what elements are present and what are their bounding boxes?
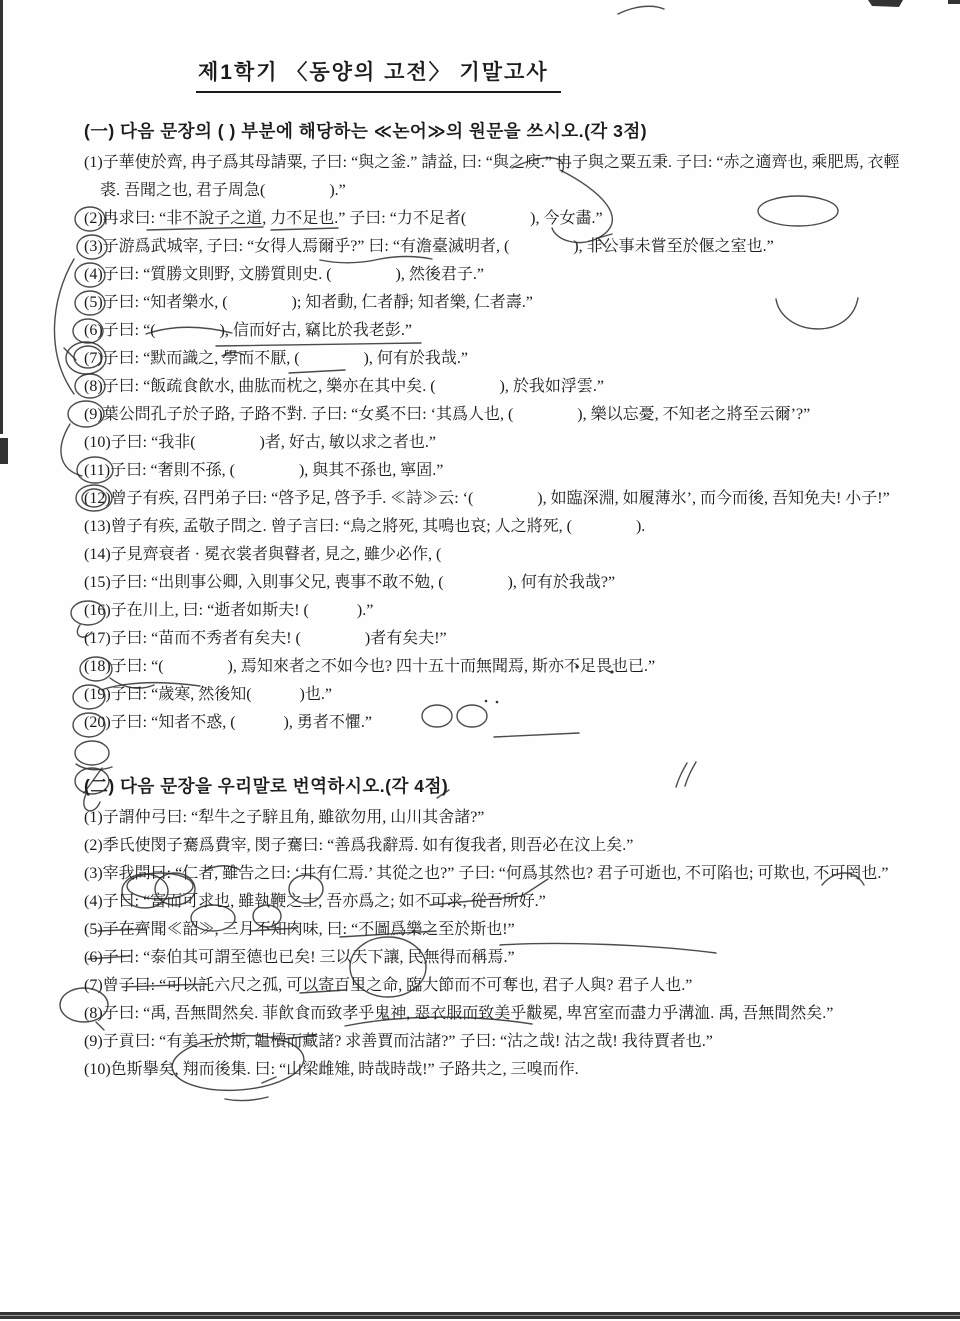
question-number: (3) (84, 238, 103, 255)
question-text: 子謂仲弓曰: “犁牛之子騂且角, 雖欲勿用, 山川其舍諸?” (103, 809, 485, 826)
page-title: 제1학기 〈동양의 고전〉 기말고사 (196, 56, 561, 93)
question-text: 子在川上, 曰: “逝者如斯夫! ( ).” (111, 602, 374, 619)
question-number: (10) (84, 1061, 111, 1078)
question-text: 子曰: “出則事公卿, 入則事父兄, 喪事不敢不勉, ( ), 何有於我哉?” (111, 574, 615, 591)
s1-q7: (7)子曰: “默而識之, 學而不厭, ( ), 何有於我哉.” (84, 345, 908, 373)
s1-q17: (17)子曰: “苗而不秀者有矣夫! ( )者有矣夫!” (84, 625, 908, 653)
s1-q15: (15)子曰: “出則事公卿, 入則事父兄, 喪事不敢不勉, ( ), 何有於我… (84, 569, 908, 597)
s1-q13: (13)曾子有疾, 孟敬子問之. 曾子言曰: “鳥之將死, 其鳴也哀; 人之將死… (84, 513, 908, 541)
s1-q19: (19)子曰: “歲寒, 然後知( )也.” (84, 681, 908, 709)
s2-q5: (5)子在齊聞≪韶≫, 三月不知肉味, 曰: “不圖爲樂之至於斯也!” (84, 916, 908, 944)
s1-q2: (2)冉求曰: “非不說子之道, 力不足也.” 子曰: “力不足者( ), 今女… (84, 205, 908, 233)
question-number: (1) (84, 154, 103, 171)
question-number: (5) (84, 294, 103, 311)
s2-q4: (4)子曰: “富而可求也, 雖執鞭之士, 吾亦爲之; 如不可求, 從吾所好.” (84, 888, 908, 916)
question-text: 子曰: “富而可求也, 雖執鞭之士, 吾亦爲之; 如不可求, 從吾所好.” (103, 893, 546, 910)
s2-q3: (3)宰我問曰: “仁者, 雖告之曰: ‘井有仁焉.’ 其從之也?” 子曰: “… (84, 860, 908, 888)
s2-q1: (1)子謂仲弓曰: “犁牛之子騂且角, 雖欲勿用, 山川其舍諸?” (84, 804, 908, 832)
s1-q11: (11)子曰: “奢則不孫, ( ), 與其不孫也, 寧固.” (84, 457, 908, 485)
question-text: 子曰: “( ), 信而好古, 竊比於我老彭.” (103, 322, 412, 339)
question-text: 曾子曰: “可以託六尺之孤, 可以寄百里之命, 臨大節而不可奪也, 君子人與? … (103, 977, 693, 994)
section1-question-list: (1)子華使於齊, 冉子爲其母請粟, 子曰: “與之釜.” 請益, 曰: “與之… (84, 149, 908, 737)
s1-q18: (18)子曰: “( ), 焉知來者之不如今也? 四十五十而無聞焉, 斯亦不足畏… (84, 653, 908, 681)
s2-q8: (8)子曰: “禹, 吾無間然矣. 菲飮食而致孝乎鬼神, 惡衣服而致美乎黻冕, … (84, 1000, 908, 1028)
s1-q6: (6)子曰: “( ), 信而好古, 竊比於我老彭.” (84, 317, 908, 345)
question-number: (13) (84, 518, 111, 535)
s1-q9: (9)葉公問孔子於子路, 子路不對. 子曰: “女奚不曰: ‘其爲人也, ( )… (84, 401, 908, 429)
question-text: 子游爲武城宰, 子曰: “女得人焉爾乎?” 曰: “有澹臺滅明者, ( ), 非… (103, 238, 774, 255)
s1-q5: (5)子曰: “知者樂水, ( ); 知者動, 仁者靜; 知者樂, 仁者壽.” (84, 289, 908, 317)
question-number: (1) (84, 809, 103, 826)
question-number: (14) (84, 546, 111, 563)
question-text: 曾子有疾, 召門弟子曰: “啓予足, 啓予手. ≪詩≫云: ‘( ), 如臨深淵… (111, 490, 890, 507)
exam-content: 제1학기 〈동양의 고전〉 기말고사 (一) 다음 문장의 ( ) 부분에 해당… (84, 56, 908, 1084)
s2-q7: (7)曾子曰: “可以託六尺之孤, 可以寄百里之命, 臨大節而不可奪也, 君子人… (84, 972, 908, 1000)
s1-q12: (12)曾子有疾, 召門弟子曰: “啓予足, 啓予手. ≪詩≫云: ‘( ), … (84, 485, 908, 513)
question-number: (16) (84, 602, 111, 619)
section1-heading: (一) 다음 문장의 ( ) 부분에 해당하는 ≪논어≫의 원문을 쓰시오.(각… (84, 118, 908, 143)
s1-q16: (16)子在川上, 曰: “逝者如斯夫! ( ).” (84, 597, 908, 625)
s1-q20: (20)子曰: “知者不惑, ( ), 勇者不懼.” (84, 709, 908, 737)
question-text: 曾子有疾, 孟敬子問之. 曾子言曰: “鳥之將死, 其鳴也哀; 人之將死, ( … (111, 518, 646, 535)
question-text: 子曰: “知者不惑, ( ), 勇者不懼.” (111, 714, 372, 731)
question-text: 子在齊聞≪韶≫, 三月不知肉味, 曰: “不圖爲樂之至於斯也!” (103, 921, 515, 938)
s2-q6: (6)子曰: “泰伯其可謂至德也已矣! 三以天下讓, 民無得而稱焉.” (84, 944, 908, 972)
s1-q8: (8)子曰: “飯疏食飮水, 曲肱而枕之, 樂亦在其中矣. ( ), 於我如浮雲… (84, 373, 908, 401)
question-number: (9) (84, 1033, 103, 1050)
question-text: 子曰: “飯疏食飮水, 曲肱而枕之, 樂亦在其中矣. ( ), 於我如浮雲.” (103, 378, 604, 395)
question-number: (18) (84, 658, 111, 675)
question-number: (20) (84, 714, 111, 731)
question-number: (6) (84, 949, 103, 966)
question-text: 冉求曰: “非不說子之道, 力不足也.” 子曰: “力不足者( ), 今女畵.” (103, 210, 603, 227)
question-number: (3) (84, 865, 103, 882)
s1-q1: (1)子華使於齊, 冉子爲其母請粟, 子曰: “與之釜.” 請益, 曰: “與之… (84, 149, 908, 205)
s1-q3: (3)子游爲武城宰, 子曰: “女得人焉爾乎?” 曰: “有澹臺滅明者, ( )… (84, 233, 908, 261)
question-number: (8) (84, 1005, 103, 1022)
question-number: (8) (84, 378, 103, 395)
s2-q9: (9)子貢曰: “有美玉於斯, 韞櫝而藏諸? 求善賈而沽諸?” 子曰: “沽之哉… (84, 1028, 908, 1056)
scanned-exam-page: 제1학기 〈동양의 고전〉 기말고사 (一) 다음 문장의 ( ) 부분에 해당… (0, 0, 960, 1321)
question-text: 子見齊衰者 · 冕衣裳者與瞽者, 見之, 雖少必作, ( (111, 546, 442, 563)
question-text: 子曰: “知者樂水, ( ); 知者動, 仁者靜; 知者樂, 仁者壽.” (103, 294, 533, 311)
question-number: (12) (84, 490, 111, 507)
question-text: 子曰: “泰伯其可謂至德也已矣! 三以天下讓, 民無得而稱焉.” (103, 949, 515, 966)
question-text: 葉公問孔子於子路, 子路不對. 子曰: “女奚不曰: ‘其爲人也, ( ), 樂… (103, 406, 811, 423)
question-text: 色斯擧矣, 翔而後集. 曰: “山梁雌雉, 時哉時哉!” 子路共之, 三嗅而作. (111, 1061, 579, 1078)
question-number: (15) (84, 574, 111, 591)
question-text: 宰我問曰: “仁者, 雖告之曰: ‘井有仁焉.’ 其從之也?” 子曰: “何爲其… (103, 865, 889, 882)
s2-q2: (2)季氏使閔子騫爲費宰, 閔子騫曰: “善爲我辭焉. 如有復我者, 則吾必在汶… (84, 832, 908, 860)
question-number: (17) (84, 630, 111, 647)
question-number: (7) (84, 977, 103, 994)
s1-q14: (14)子見齊衰者 · 冕衣裳者與瞽者, 見之, 雖少必作, ( (84, 541, 908, 569)
question-text: 子貢曰: “有美玉於斯, 韞櫝而藏諸? 求善賈而沽諸?” 子曰: “沽之哉! 沽… (103, 1033, 713, 1050)
question-number: (11) (84, 462, 110, 479)
question-text: 子曰: “( ), 焉知來者之不如今也? 四十五十而無聞焉, 斯亦不足畏也已.” (111, 658, 655, 675)
question-number: (10) (84, 434, 111, 451)
question-text: 子曰: “禹, 吾無間然矣. 菲飮食而致孝乎鬼神, 惡衣服而致美乎黻冕, 卑宮室… (103, 1005, 834, 1022)
question-text: 子曰: “苗而不秀者有矣夫! ( )者有矣夫!” (111, 630, 447, 647)
s1-q4: (4)子曰: “質勝文則野, 文勝質則史. ( ), 然後君子.” (84, 261, 908, 289)
question-text: 季氏使閔子騫爲費宰, 閔子騫曰: “善爲我辭焉. 如有復我者, 則吾必在汶上矣.… (103, 837, 634, 854)
question-number: (19) (84, 686, 111, 703)
s1-q10: (10)子曰: “我非( )者, 好古, 敏以求之者也.” (84, 429, 908, 457)
question-number: (9) (84, 406, 103, 423)
question-text: 子曰: “奢則不孫, ( ), 與其不孫也, 寧固.” (110, 462, 443, 479)
question-number: (6) (84, 322, 103, 339)
question-text: 子曰: “默而識之, 學而不厭, ( ), 何有於我哉.” (103, 350, 468, 367)
question-text: 子曰: “質勝文則野, 文勝質則史. ( ), 然後君子.” (103, 266, 484, 283)
question-number: (2) (84, 210, 103, 227)
question-number: (5) (84, 921, 103, 938)
question-text: 子曰: “我非( )者, 好古, 敏以求之者也.” (111, 434, 436, 451)
question-number: (4) (84, 266, 103, 283)
question-text: 子華使於齊, 冉子爲其母請粟, 子曰: “與之釜.” 請益, 曰: “與之庾.”… (100, 154, 900, 199)
section2-heading: (二) 다음 문장을 우리말로 번역하시오.(각 4점) (84, 773, 908, 798)
question-number: (2) (84, 837, 103, 854)
question-text: 子曰: “歲寒, 然後知( )也.” (111, 686, 332, 703)
question-number: (7) (84, 350, 103, 367)
question-number: (4) (84, 893, 103, 910)
s2-q10: (10)色斯擧矣, 翔而後集. 曰: “山梁雌雉, 時哉時哉!” 子路共之, 三… (84, 1056, 908, 1084)
section2-question-list: (1)子謂仲弓曰: “犁牛之子騂且角, 雖欲勿用, 山川其舍諸?” (2)季氏使… (84, 804, 908, 1084)
